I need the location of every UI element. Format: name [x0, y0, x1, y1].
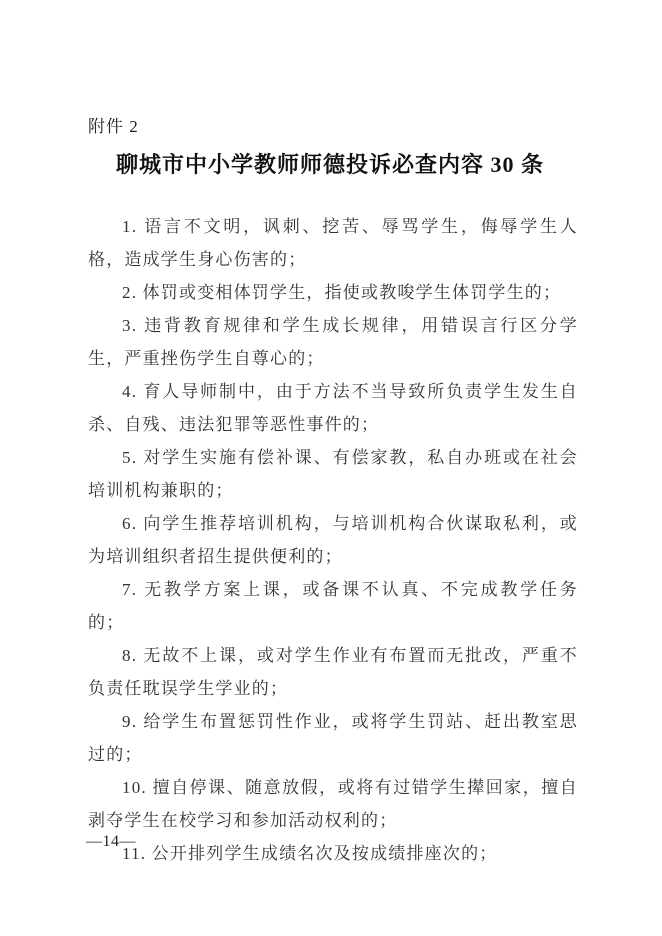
clause-10: 10. 擅自停课、随意放假，或将有过错学生撵回家，擅自剥夺学生在校学习和参加活动… [88, 771, 578, 837]
document-body: 1. 语言不文明，讽刺、挖苦、辱骂学生，侮辱学生人格，造成学生身心伤害的； 2.… [88, 210, 578, 870]
document-title: 聊城市中小学教师师德投诉必查内容 30 条 [60, 148, 600, 179]
clause-9: 9. 给学生布置惩罚性作业，或将学生罚站、赶出教室思过的； [88, 705, 578, 771]
clause-3: 3. 违背教育规律和学生成长规律，用错误言行区分学生，严重挫伤学生自尊心的； [88, 309, 578, 375]
clause-2: 2. 体罚或变相体罚学生，指使或教唆学生体罚学生的； [88, 276, 578, 309]
page-number: —14— [86, 833, 136, 851]
clause-4: 4. 育人导师制中，由于方法不当导致所负责学生发生自杀、自残、违法犯罪等恶性事件… [88, 375, 578, 441]
document-page: 附件 2 聊城市中小学教师师德投诉必查内容 30 条 1. 语言不文明，讽刺、挖… [0, 0, 662, 936]
clause-1: 1. 语言不文明，讽刺、挖苦、辱骂学生，侮辱学生人格，造成学生身心伤害的； [88, 210, 578, 276]
clause-7: 7. 无教学方案上课，或备课不认真、不完成教学任务的； [88, 573, 578, 639]
clause-5: 5. 对学生实施有偿补课、有偿家教，私自办班或在社会培训机构兼职的； [88, 441, 578, 507]
clause-11: 11. 公开排列学生成绩名次及按成绩排座次的； [88, 837, 578, 870]
clause-8: 8. 无故不上课，或对学生作业有布置而无批改，严重不负责任耽误学生学业的； [88, 639, 578, 705]
clause-6: 6. 向学生推荐培训机构，与培训机构合伙谋取私利，或为培训组织者招生提供便利的； [88, 507, 578, 573]
attachment-label: 附件 2 [88, 112, 139, 137]
